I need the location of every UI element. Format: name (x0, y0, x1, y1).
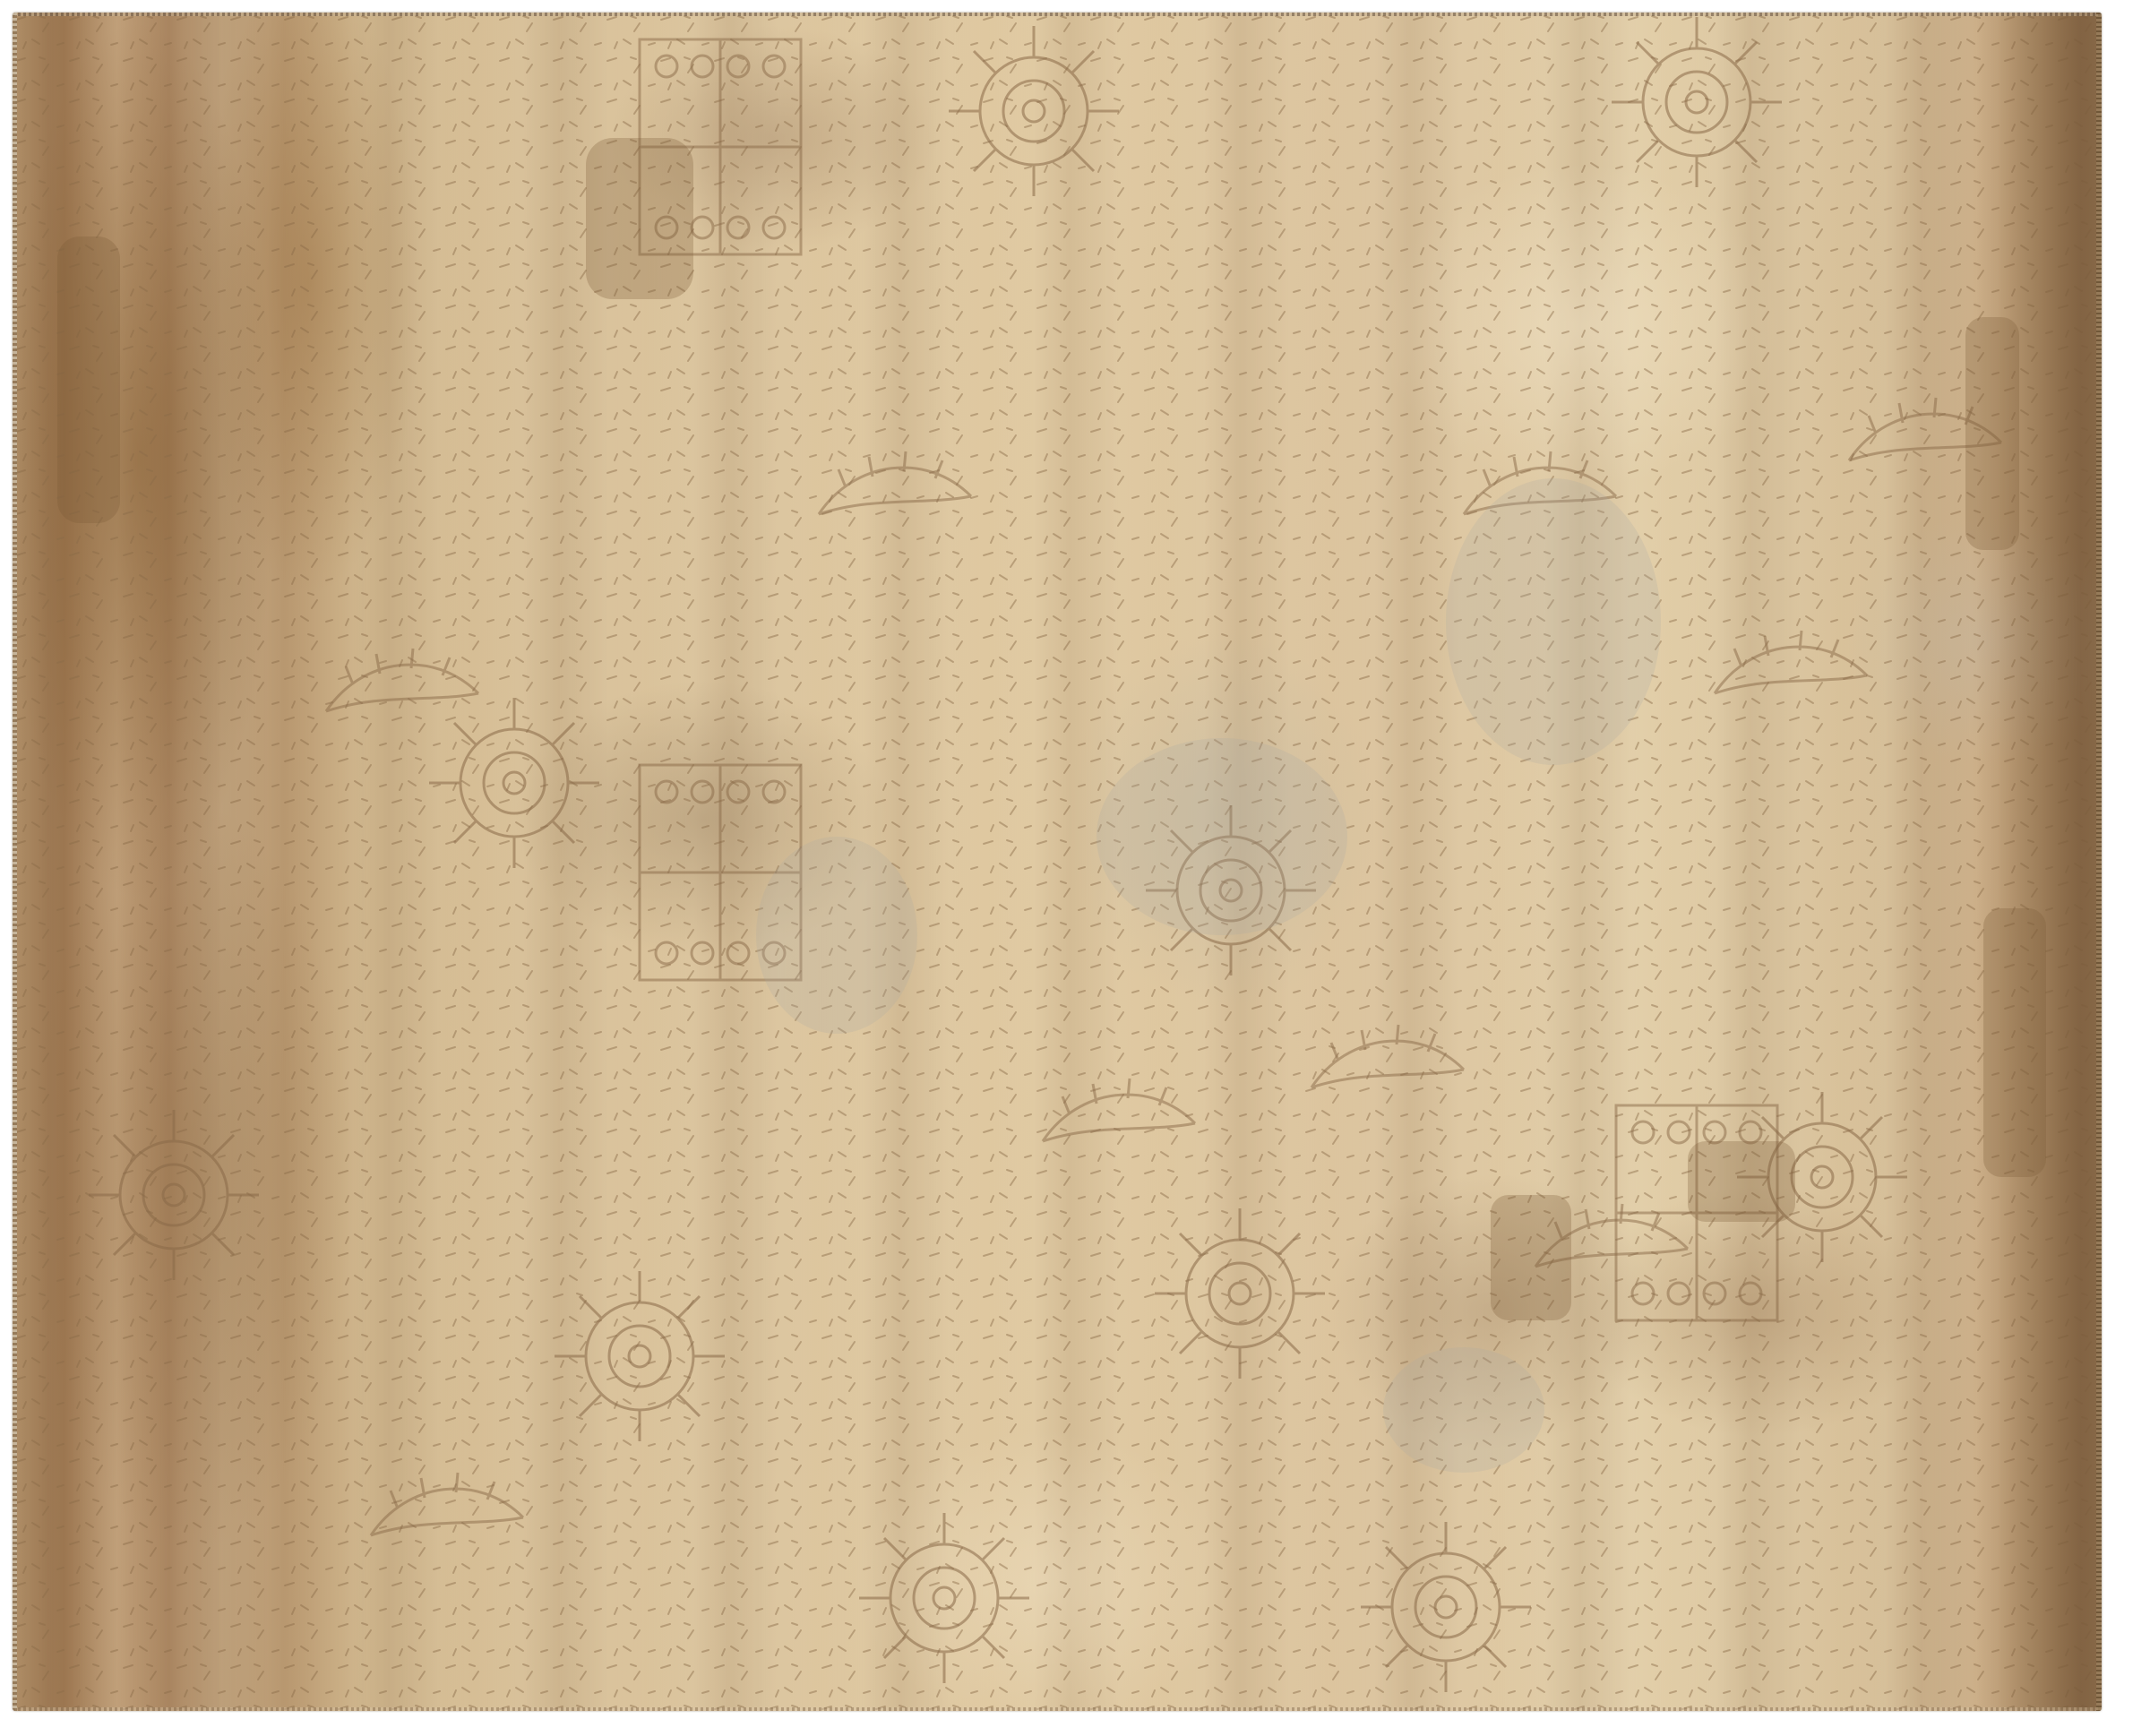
photo-canvas (0, 0, 2150, 1736)
left-selvage (13, 13, 17, 1711)
right-dark-border (13, 13, 2102, 1711)
rug (13, 13, 2102, 1711)
top-fringe (13, 13, 2102, 16)
bottom-fringe (13, 1707, 2102, 1711)
right-selvage (2096, 13, 2102, 1711)
